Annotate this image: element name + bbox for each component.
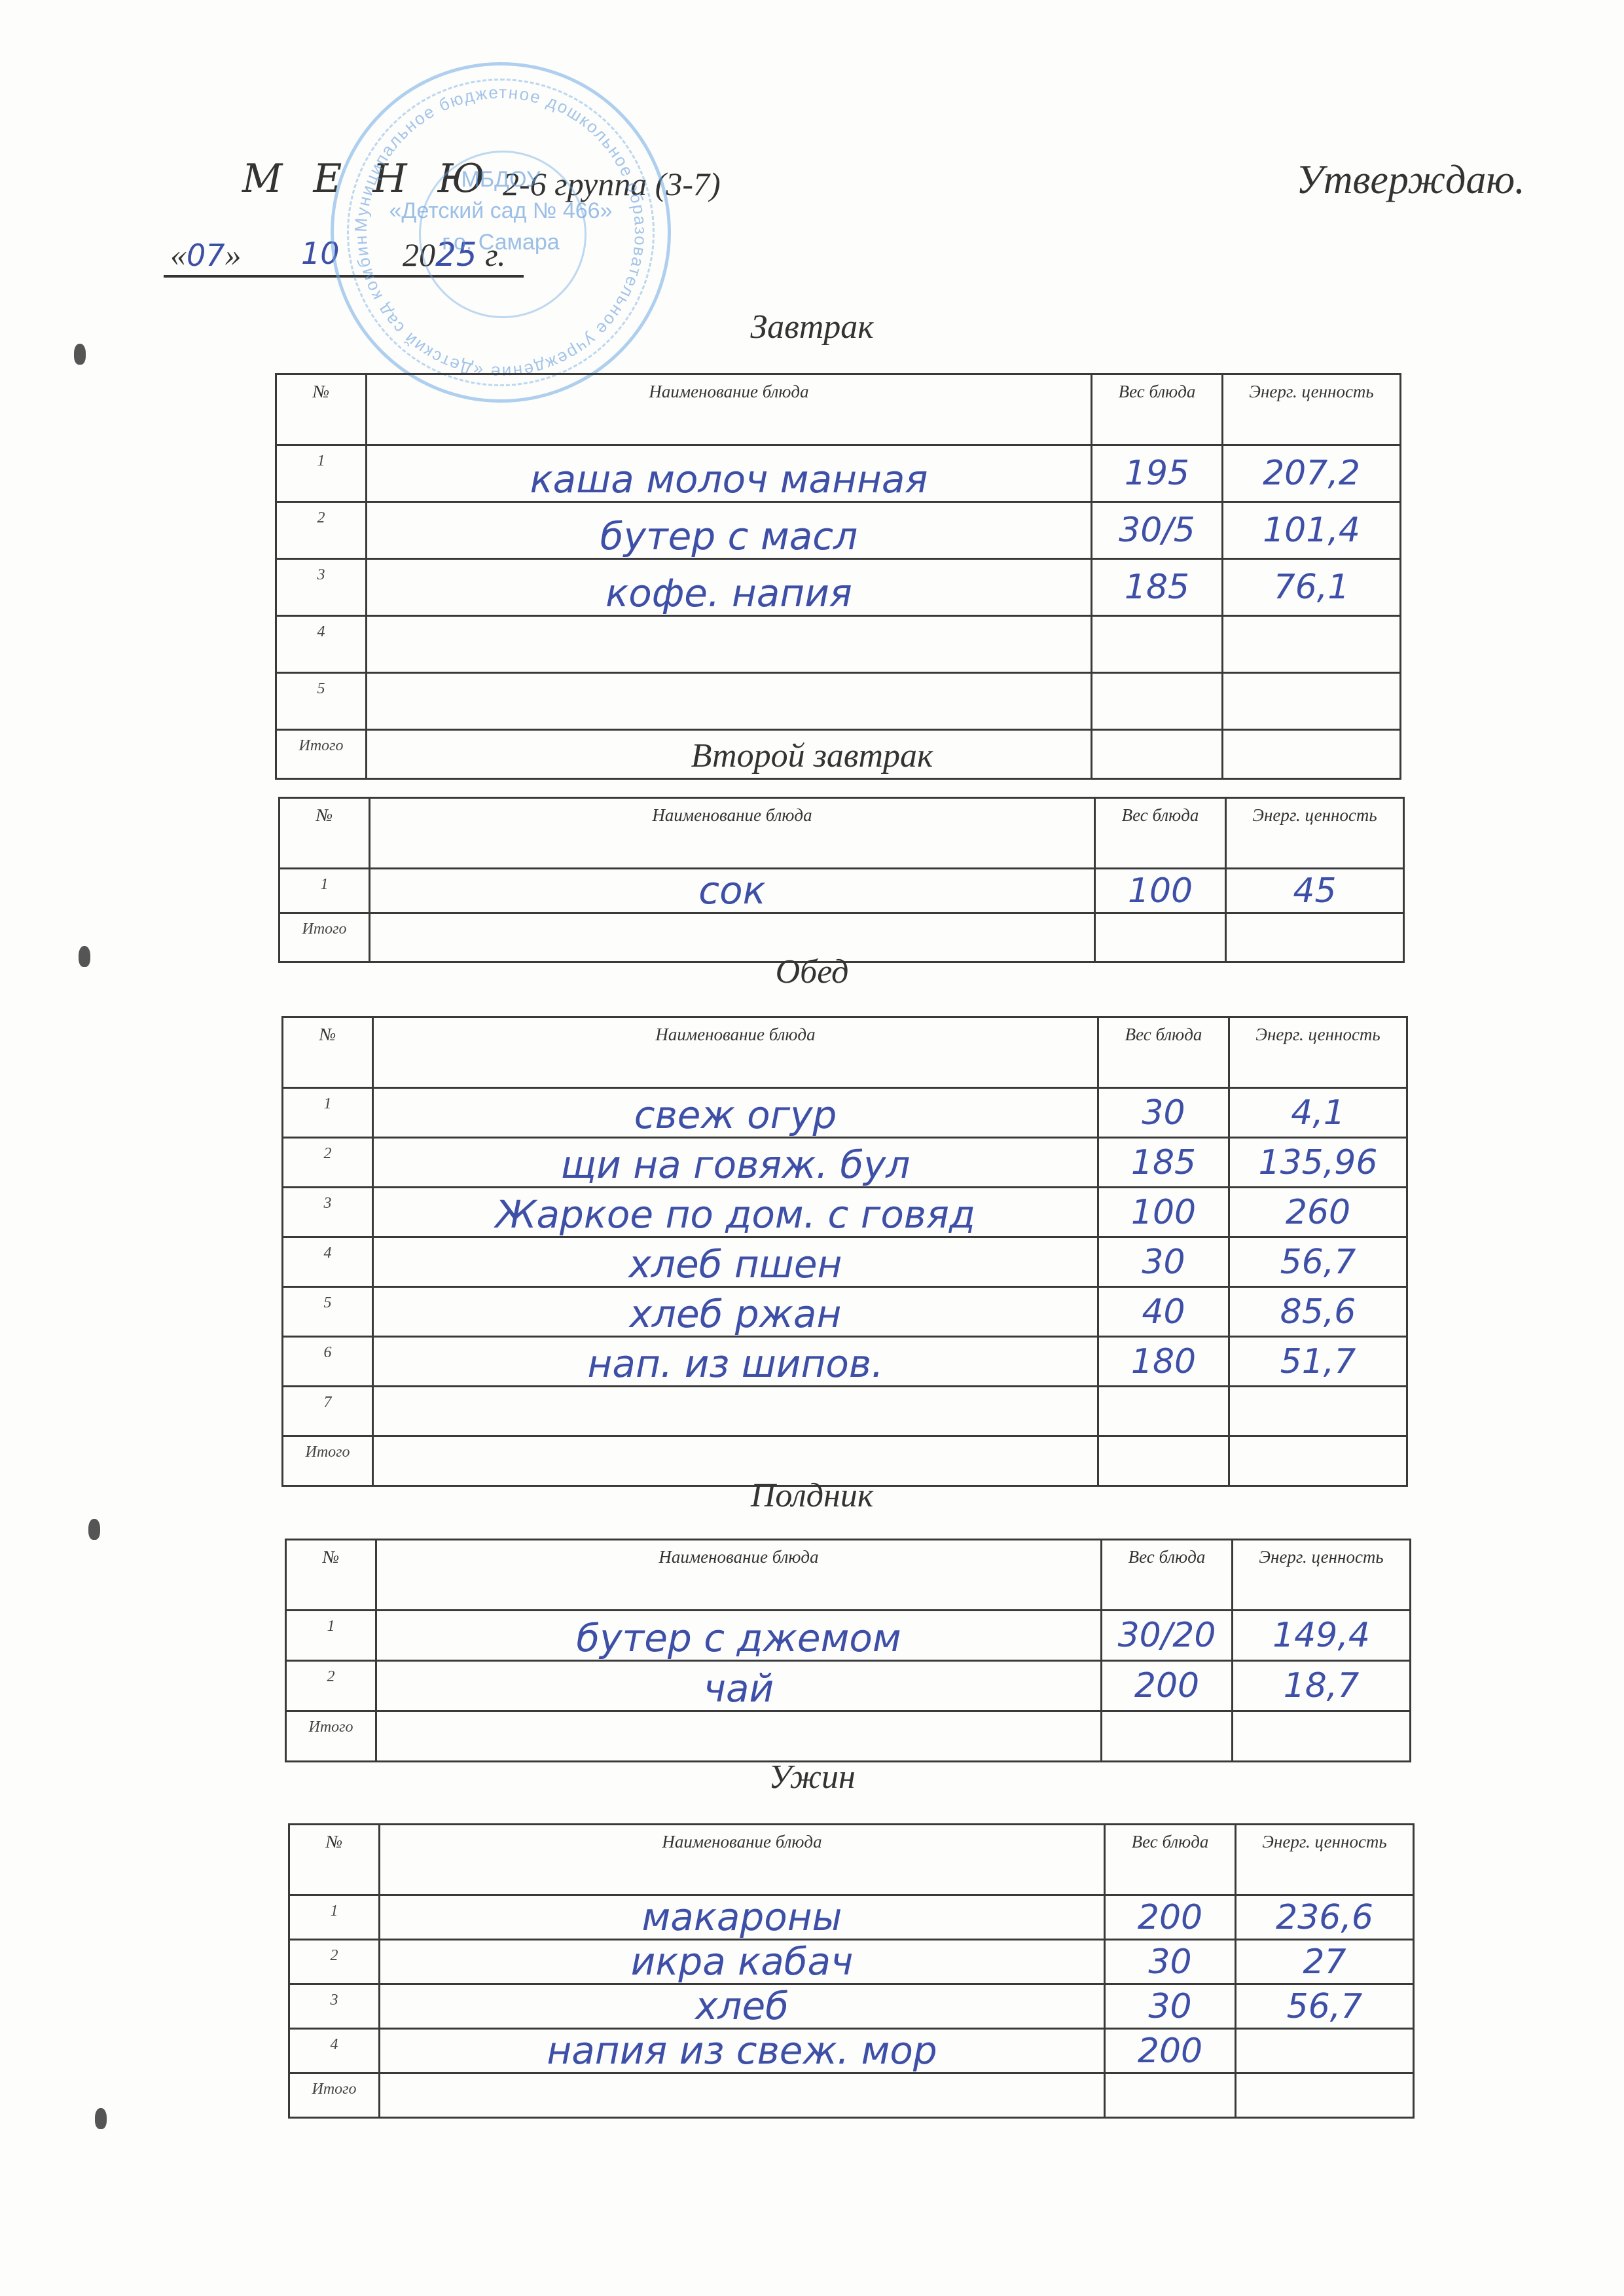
section-title: Обед	[0, 953, 1624, 991]
dish-weight[interactable]: 180	[1098, 1337, 1229, 1387]
total-energy[interactable]	[1233, 1711, 1411, 1762]
table-row: 4напия из свеж. мор200	[289, 2029, 1414, 2073]
row-number[interactable]: 4	[283, 1237, 373, 1287]
dish-name[interactable]: каша молоч манная	[367, 445, 1092, 502]
stamp-line-1: МБДОУ	[334, 164, 668, 195]
dish-weight[interactable]: 30/5	[1092, 502, 1223, 559]
table-row: 1макароны200236,6	[289, 1895, 1414, 1940]
table-row: 2бутер с масл30/5101,4	[276, 502, 1401, 559]
official-stamp: Муниципальное бюджетное дошкольное образ…	[331, 62, 671, 403]
dish-energy[interactable]: 85,6	[1229, 1287, 1407, 1337]
dish-weight[interactable]: 185	[1092, 559, 1223, 616]
column-header-dish-name: Наименование блюда	[373, 1017, 1098, 1088]
dish-weight[interactable]: 195	[1092, 445, 1223, 502]
table-header-row: №Наименование блюдаВес блюдаЭнерг. ценно…	[280, 798, 1404, 869]
section-title: Ужин	[0, 1758, 1624, 1796]
row-number[interactable]: 1	[280, 869, 370, 913]
dish-name[interactable]: хлеб ржан	[373, 1287, 1098, 1337]
dish-weight[interactable]	[1098, 1387, 1229, 1436]
row-number[interactable]: 5	[283, 1287, 373, 1337]
dish-name[interactable]: нап. из шипов.	[373, 1337, 1098, 1387]
meal-table: №Наименование блюдаВес блюдаЭнерг. ценно…	[281, 1016, 1408, 1487]
dish-weight[interactable]: 200	[1102, 1661, 1233, 1711]
section-title: Завтрак	[0, 308, 1624, 346]
table-header-row: №Наименование блюдаВес блюдаЭнерг. ценно…	[283, 1017, 1407, 1088]
stamp-line-3: г.о. Самара	[334, 227, 668, 258]
table-row: 3хлеб3056,7	[289, 1984, 1414, 2029]
punch-mark	[88, 1519, 100, 1540]
total-row: Итого	[286, 1711, 1411, 1762]
row-number[interactable]: 2	[286, 1661, 376, 1711]
column-header-dish-name: Наименование блюда	[380, 1825, 1105, 1895]
column-header-number: №	[289, 1825, 380, 1895]
column-header-weight: Вес блюда	[1105, 1825, 1236, 1895]
dish-weight[interactable]: 100	[1095, 869, 1226, 913]
row-number[interactable]: 2	[283, 1138, 373, 1188]
total-energy[interactable]	[1236, 2073, 1414, 2118]
column-header-number: №	[276, 374, 367, 445]
column-header-energy: Энерг. ценность	[1233, 1540, 1411, 1611]
dish-name[interactable]	[373, 1387, 1098, 1436]
total-weight[interactable]	[1105, 2073, 1236, 2118]
total-weight[interactable]	[1102, 1711, 1233, 1762]
dish-name[interactable]: щи на говяж. бул	[373, 1138, 1098, 1188]
total-row: Итого	[289, 2073, 1414, 2118]
dish-weight[interactable]	[1092, 673, 1223, 730]
column-header-energy: Энерг. ценность	[1226, 798, 1404, 869]
dish-weight[interactable]: 30	[1105, 1984, 1236, 2029]
date-day-value: 07	[187, 238, 225, 273]
punch-mark	[95, 2108, 107, 2129]
column-header-dish-name: Наименование блюда	[367, 374, 1092, 445]
table-row: 1каша молоч манная195207,2	[276, 445, 1401, 502]
row-number[interactable]: 1	[286, 1611, 376, 1661]
row-number[interactable]: 3	[283, 1188, 373, 1237]
row-number[interactable]: 5	[276, 673, 367, 730]
table-row: 2щи на говяж. бул185135,96	[283, 1138, 1407, 1188]
dish-energy[interactable]: 56,7	[1229, 1237, 1407, 1287]
table-row: 7	[283, 1387, 1407, 1436]
stamp-line-2: «Детский сад № 466»	[334, 195, 668, 227]
table-row: 5хлеб ржан4085,6	[283, 1287, 1407, 1337]
dish-weight[interactable]: 200	[1105, 2029, 1236, 2073]
dish-name[interactable]: макароны	[380, 1895, 1105, 1940]
dish-energy[interactable]: 260	[1229, 1188, 1407, 1237]
dish-weight[interactable]: 30	[1098, 1237, 1229, 1287]
close-quote: »	[225, 236, 242, 273]
dish-name[interactable]: чай	[376, 1661, 1102, 1711]
stamp-center-text: МБДОУ «Детский сад № 466» г.о. Самара	[334, 164, 668, 258]
dish-energy[interactable]	[1236, 2029, 1414, 2073]
column-header-dish-name: Наименование блюда	[370, 798, 1095, 869]
dish-weight[interactable]: 200	[1105, 1895, 1236, 1940]
table-header-row: №Наименование блюдаВес блюдаЭнерг. ценно…	[276, 374, 1401, 445]
table-row: 1бутер с джемом30/20149,4	[286, 1611, 1411, 1661]
table-row: 4	[276, 616, 1401, 673]
dish-name[interactable]: Жаркое по дом. с говяд	[373, 1188, 1098, 1237]
dish-name[interactable]: икра кабач	[380, 1940, 1105, 1984]
meal-table: №Наименование блюдаВес блюдаЭнерг. ценно…	[288, 1823, 1415, 2119]
dish-name[interactable]: напия из свеж. мор	[380, 2029, 1105, 2073]
column-header-number: №	[283, 1017, 373, 1088]
dish-energy[interactable]: 76,1	[1223, 559, 1401, 616]
open-quote: «	[170, 236, 187, 273]
dish-energy[interactable]: 207,2	[1223, 445, 1401, 502]
dish-name[interactable]: бутер с джемом	[376, 1611, 1102, 1661]
table-row: 5	[276, 673, 1401, 730]
punch-mark	[79, 946, 90, 967]
dish-energy[interactable]: 45	[1226, 869, 1404, 913]
dish-energy[interactable]	[1223, 616, 1401, 673]
meal-table: №Наименование блюдаВес блюдаЭнерг. ценно…	[275, 373, 1401, 780]
meal-table: №Наименование блюдаВес блюдаЭнерг. ценно…	[278, 797, 1405, 963]
table-header-row: №Наименование блюдаВес блюдаЭнерг. ценно…	[286, 1540, 1411, 1611]
dish-energy[interactable]	[1229, 1387, 1407, 1436]
column-header-number: №	[286, 1540, 376, 1611]
column-header-energy: Энерг. ценность	[1229, 1017, 1407, 1088]
column-header-dish-name: Наименование блюда	[376, 1540, 1102, 1611]
table-row: 3кофе. напия18576,1	[276, 559, 1401, 616]
column-header-weight: Вес блюда	[1102, 1540, 1233, 1611]
dish-energy[interactable]	[1223, 673, 1401, 730]
row-number[interactable]: 1	[276, 445, 367, 502]
total-label: Итого	[286, 1711, 376, 1762]
dish-weight[interactable]: 40	[1098, 1287, 1229, 1337]
column-header-number: №	[280, 798, 370, 869]
table-row: 2чай20018,7	[286, 1661, 1411, 1711]
table-row: 6нап. из шипов.18051,7	[283, 1337, 1407, 1387]
column-header-weight: Вес блюда	[1095, 798, 1226, 869]
row-number[interactable]: 4	[289, 2029, 380, 2073]
dish-energy[interactable]: 56,7	[1236, 1984, 1414, 2029]
total-dish[interactable]	[376, 1711, 1102, 1762]
total-dish[interactable]	[380, 2073, 1105, 2118]
column-header-weight: Вес блюда	[1092, 374, 1223, 445]
dish-name[interactable]: сок	[370, 869, 1095, 913]
dish-energy[interactable]: 4,1	[1229, 1088, 1407, 1138]
dish-name[interactable]: хлеб пшен	[373, 1237, 1098, 1287]
dish-weight[interactable]: 185	[1098, 1138, 1229, 1188]
dish-weight[interactable]: 30/20	[1102, 1611, 1233, 1661]
row-number[interactable]: 1	[283, 1088, 373, 1138]
dish-name[interactable]: хлеб	[380, 1984, 1105, 2029]
table-header-row: №Наименование блюдаВес блюдаЭнерг. ценно…	[289, 1825, 1414, 1895]
dish-name[interactable]: свеж огур	[373, 1088, 1098, 1138]
dish-weight[interactable]: 30	[1105, 1940, 1236, 1984]
dish-weight[interactable]: 30	[1098, 1088, 1229, 1138]
dish-energy[interactable]: 135,96	[1229, 1138, 1407, 1188]
section-title: Полдник	[0, 1476, 1624, 1515]
total-label: Итого	[289, 2073, 380, 2118]
column-header-energy: Энерг. ценность	[1236, 1825, 1414, 1895]
date-day-field: «07»	[170, 236, 242, 274]
row-number[interactable]: 3	[276, 559, 367, 616]
dish-name[interactable]: бутер с масл	[367, 502, 1092, 559]
row-number[interactable]: 2	[289, 1940, 380, 1984]
table-row: 1сок10045	[280, 869, 1404, 913]
dish-name[interactable]	[367, 616, 1092, 673]
dish-energy[interactable]: 27	[1236, 1940, 1414, 1984]
row-number[interactable]: 1	[289, 1895, 380, 1940]
table-row: 2икра кабач3027	[289, 1940, 1414, 1984]
meal-table: №Наименование блюдаВес блюдаЭнерг. ценно…	[285, 1539, 1411, 1762]
dish-name[interactable]	[367, 673, 1092, 730]
punch-mark	[74, 344, 86, 365]
row-number[interactable]: 2	[276, 502, 367, 559]
section-title: Второй завтрак	[0, 737, 1624, 775]
dish-weight[interactable]	[1092, 616, 1223, 673]
row-number[interactable]: 6	[283, 1337, 373, 1387]
dish-energy[interactable]: 101,4	[1223, 502, 1401, 559]
dish-energy[interactable]: 51,7	[1229, 1337, 1407, 1387]
table-row: 3Жаркое по дом. с говяд100260	[283, 1188, 1407, 1237]
approval-label: Утверждаю.	[1296, 157, 1525, 204]
column-header-weight: Вес блюда	[1098, 1017, 1229, 1088]
table-row: 1свеж огур304,1	[283, 1088, 1407, 1138]
dish-energy[interactable]: 149,4	[1233, 1611, 1411, 1661]
row-number[interactable]: 7	[283, 1387, 373, 1436]
dish-name[interactable]: кофе. напия	[367, 559, 1092, 616]
row-number[interactable]: 3	[289, 1984, 380, 2029]
dish-energy[interactable]: 236,6	[1236, 1895, 1414, 1940]
dish-weight[interactable]: 100	[1098, 1188, 1229, 1237]
dish-energy[interactable]: 18,7	[1233, 1661, 1411, 1711]
table-row: 4хлеб пшен3056,7	[283, 1237, 1407, 1287]
column-header-energy: Энерг. ценность	[1223, 374, 1401, 445]
row-number[interactable]: 4	[276, 616, 367, 673]
